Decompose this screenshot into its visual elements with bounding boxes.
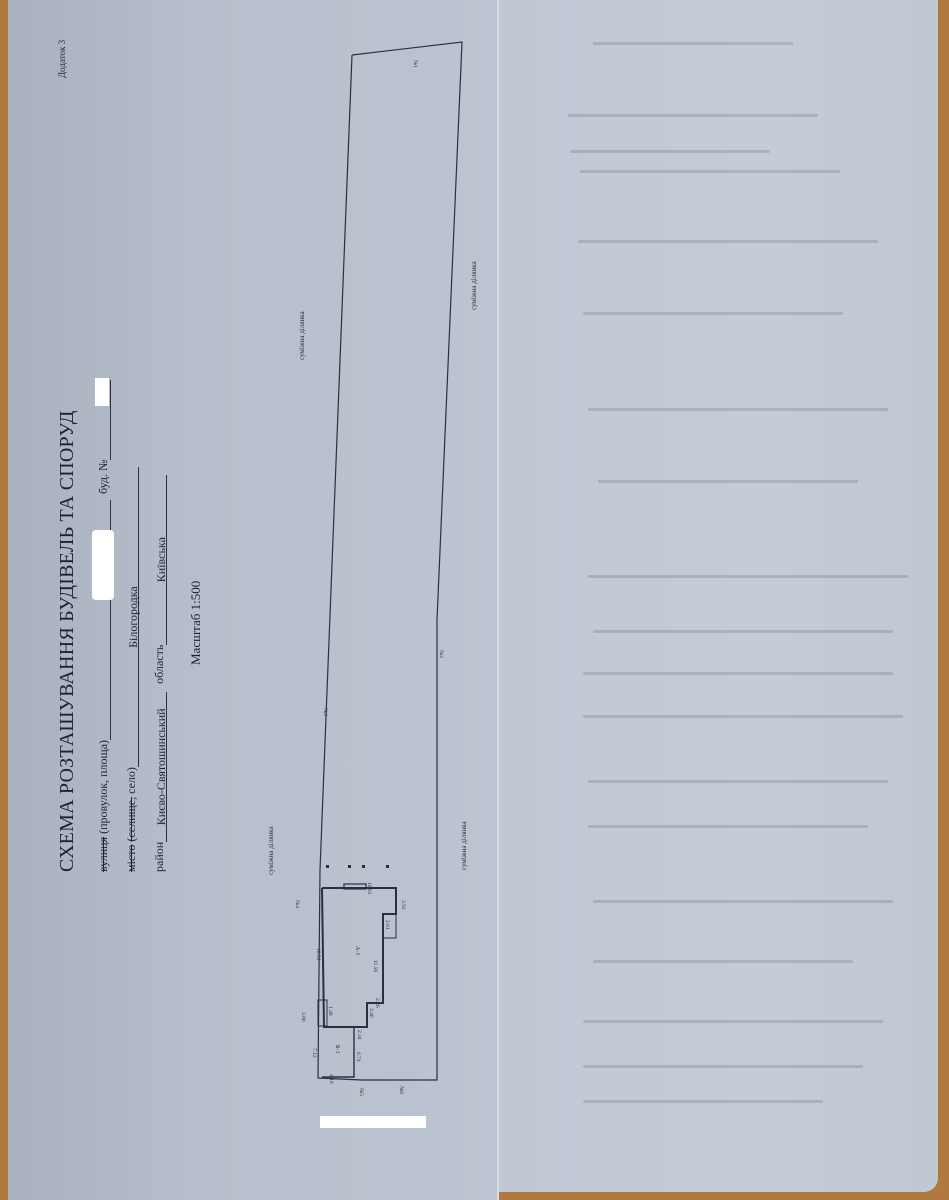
- dim-1-48: 1.48: [327, 1006, 333, 1016]
- marker-4: №4: [294, 900, 300, 908]
- marker-2: №2: [438, 650, 444, 658]
- site-plan-drawing: 10.61 3.92 2.61 11.56 18.53 3.00 1.48 7.…: [0, 0, 949, 1200]
- marker-5: №5: [358, 1088, 364, 1096]
- dim-2-61: 2.61: [384, 920, 390, 930]
- dim-11-56: 11.56: [372, 960, 378, 972]
- dim-6-74: 6.74: [355, 1052, 361, 1062]
- building-a-label: А-1: [354, 946, 360, 955]
- dim-7-12: 7.12: [311, 1048, 317, 1058]
- marker-3: №3: [322, 708, 328, 716]
- dim-3-92: 3.92: [400, 900, 406, 910]
- dim-3-00: 3.00: [300, 1012, 306, 1022]
- dim-2-34: 2.34: [356, 1030, 362, 1040]
- dim-10-61: 10.61: [366, 882, 372, 895]
- marker-1: №1: [412, 60, 418, 68]
- dim-18-53: 18.53: [315, 948, 321, 961]
- marker-6: №6: [398, 1086, 404, 1094]
- dim-2-26: 2.26: [374, 998, 380, 1008]
- dim-4-10: 4.10: [328, 1074, 334, 1084]
- building-b-label: Б-1: [334, 1045, 340, 1053]
- dim-3-46: 3.46: [368, 1008, 374, 1018]
